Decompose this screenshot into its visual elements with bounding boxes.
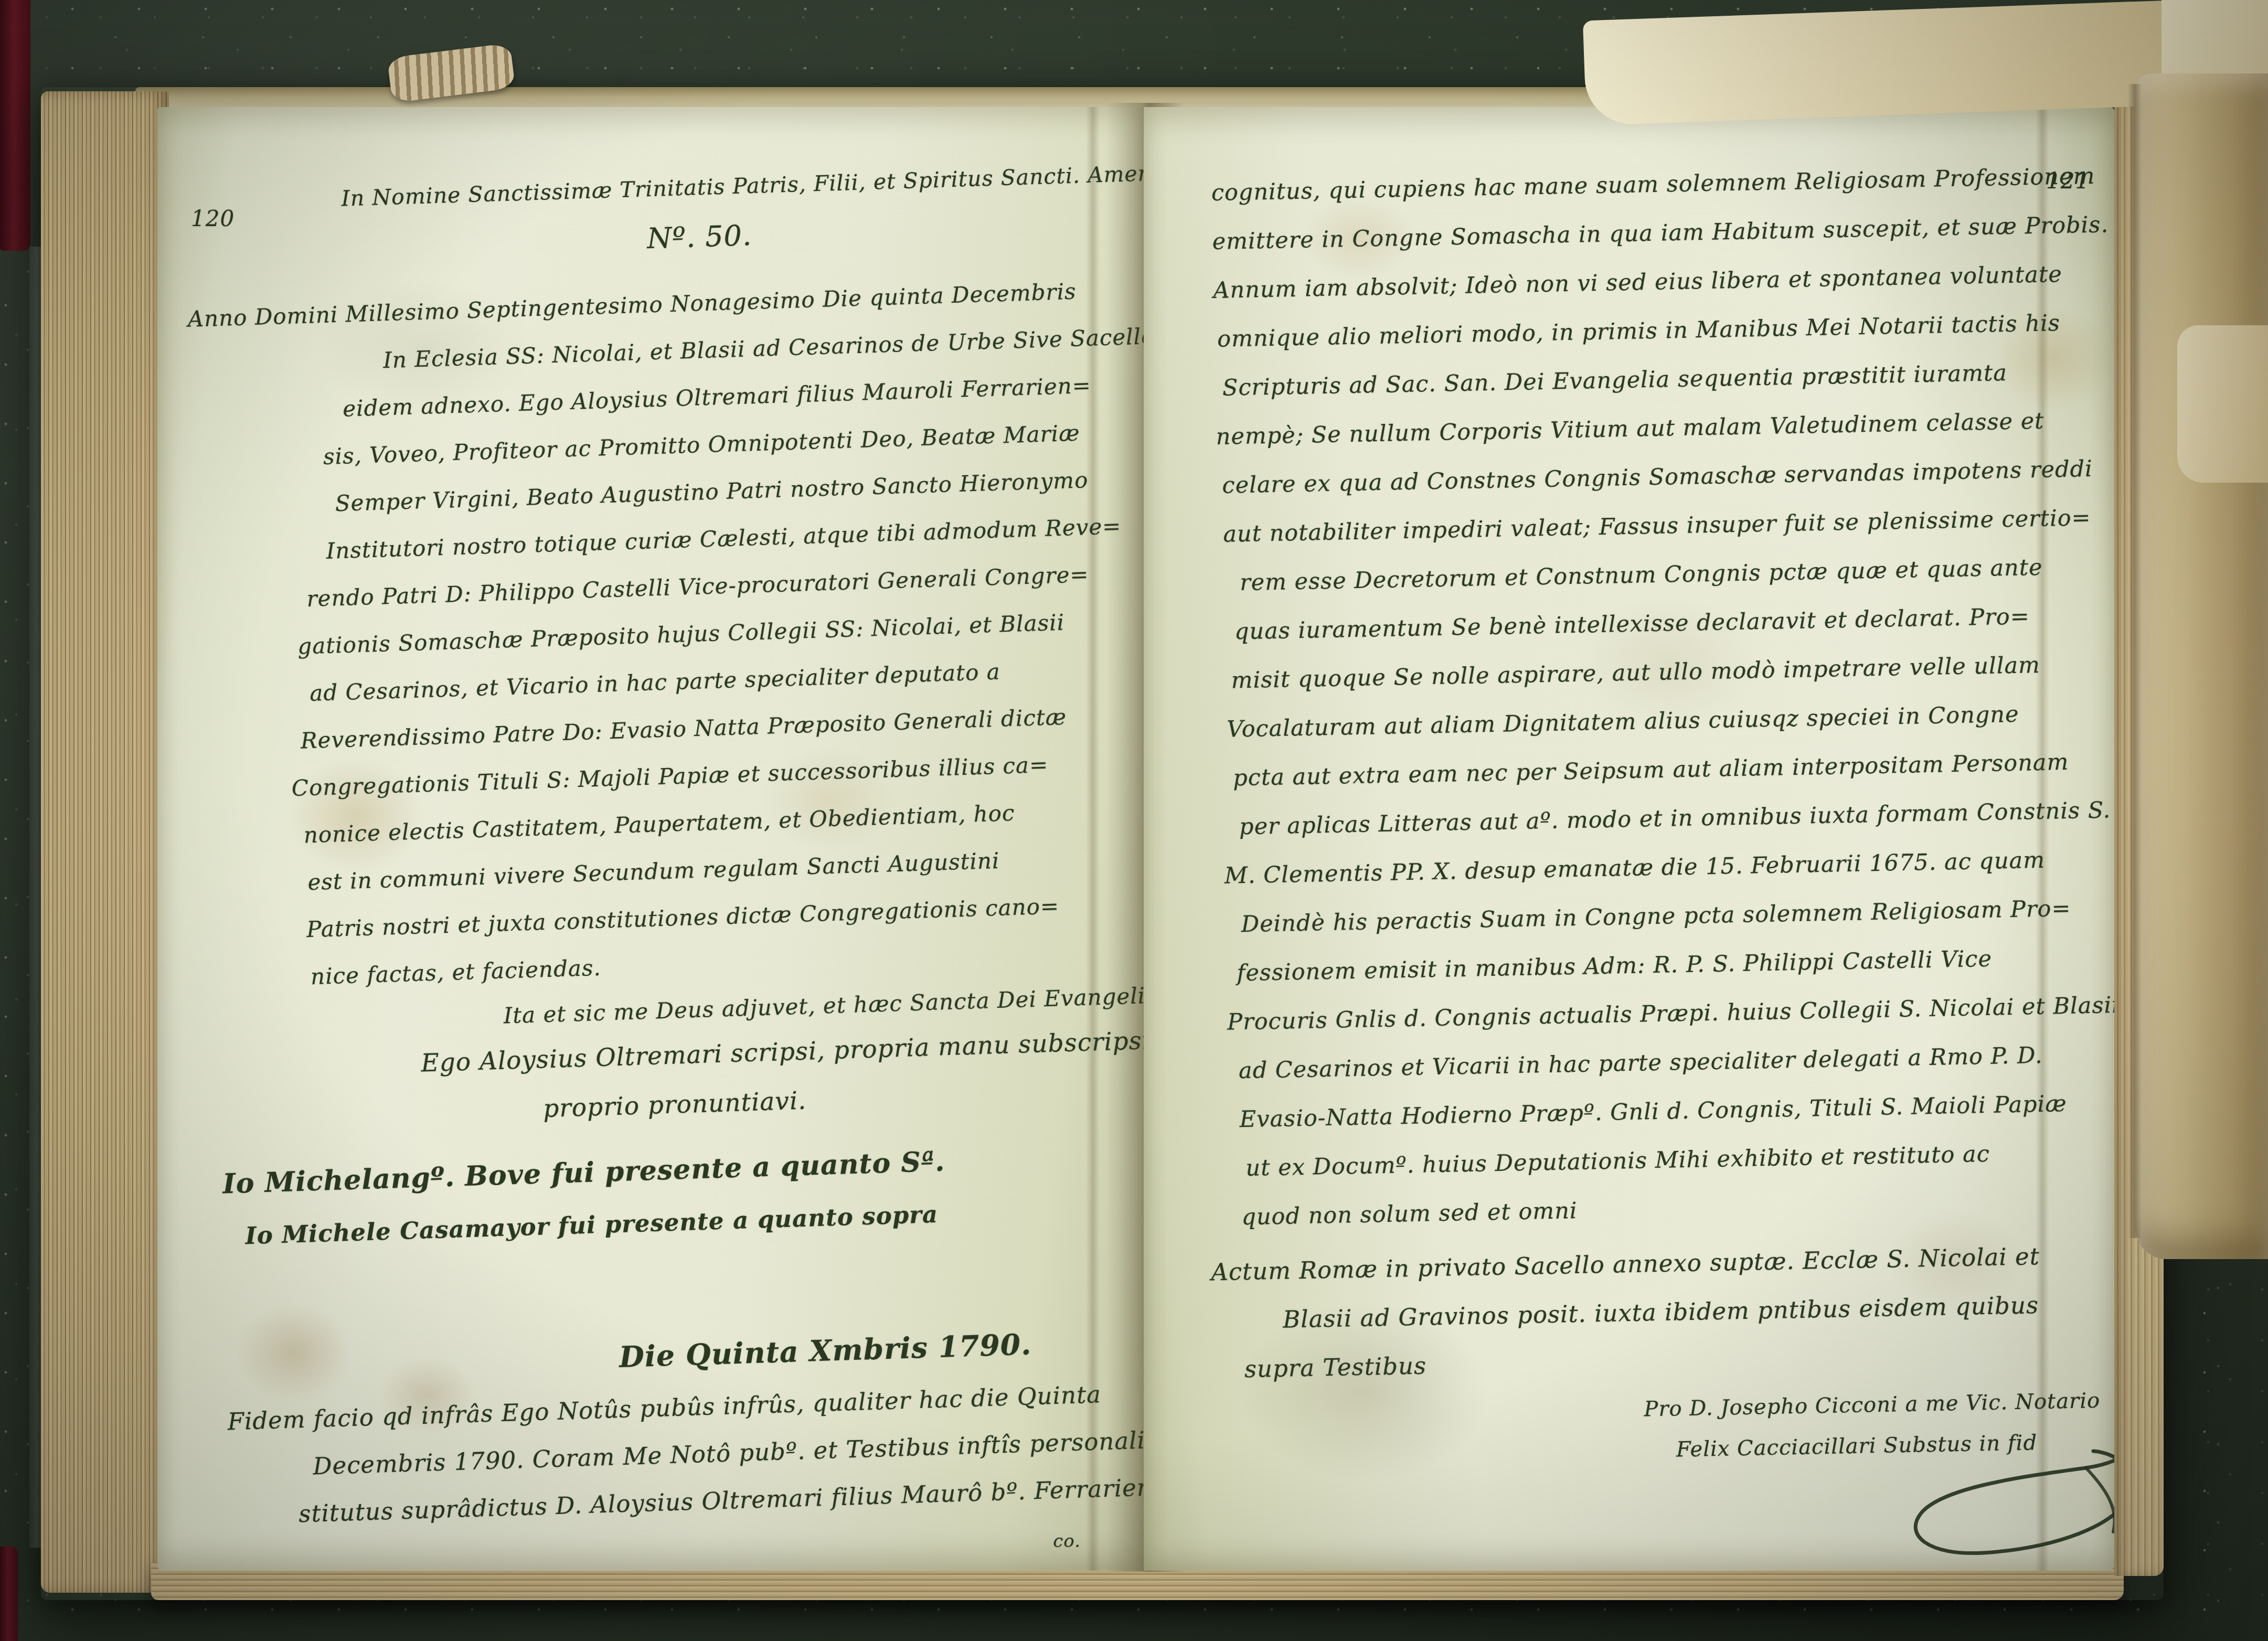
parchment-shadow-line (2128, 84, 2142, 1238)
left-page: 120 In Nomine Sanctissimæ Trinitatis Pat… (157, 107, 1144, 1571)
right-page: 121 cognitus, qui cupiens hac mane suam … (1144, 107, 2114, 1571)
profession-act-body: Anno Domini Millesimo Septingentesimo No… (187, 266, 1144, 1004)
right-page-text-block: cognitus, qui cupiens hac mane suam sole… (1211, 152, 2114, 1479)
red-cover-edge-top-left (0, 0, 30, 251)
actum-clause: Actum Romæ in privato Sacello annexo sup… (1231, 1230, 2114, 1393)
torn-parchment-tab (2177, 325, 2268, 483)
photo-of-manuscript-register: 120 In Nomine Sanctissimæ Trinitatis Pat… (0, 0, 2268, 1641)
notarial-attestation: Fidem facio qd infrâs Ego Notûs pubûs in… (221, 1369, 1144, 1540)
red-cover-edge-bottom-left (0, 1547, 18, 1641)
notary-paraph-flourish-icon (1894, 1403, 2114, 1571)
profession-act-continuation: cognitus, qui cupiens hac mane suam sole… (1211, 152, 2114, 1242)
parchment-cover-right-edge (2135, 73, 2268, 1259)
left-fore-edge-page-stack (41, 91, 169, 1593)
catchword: co. (1053, 1531, 1081, 1552)
act-number: Nº. 50. (646, 200, 1130, 262)
open-manuscript-book: 120 In Nomine Sanctissimæ Trinitatis Pat… (41, 87, 2164, 1600)
left-page-text-block: In Nomine Sanctissimæ Trinitatis Patris,… (184, 161, 1144, 1540)
